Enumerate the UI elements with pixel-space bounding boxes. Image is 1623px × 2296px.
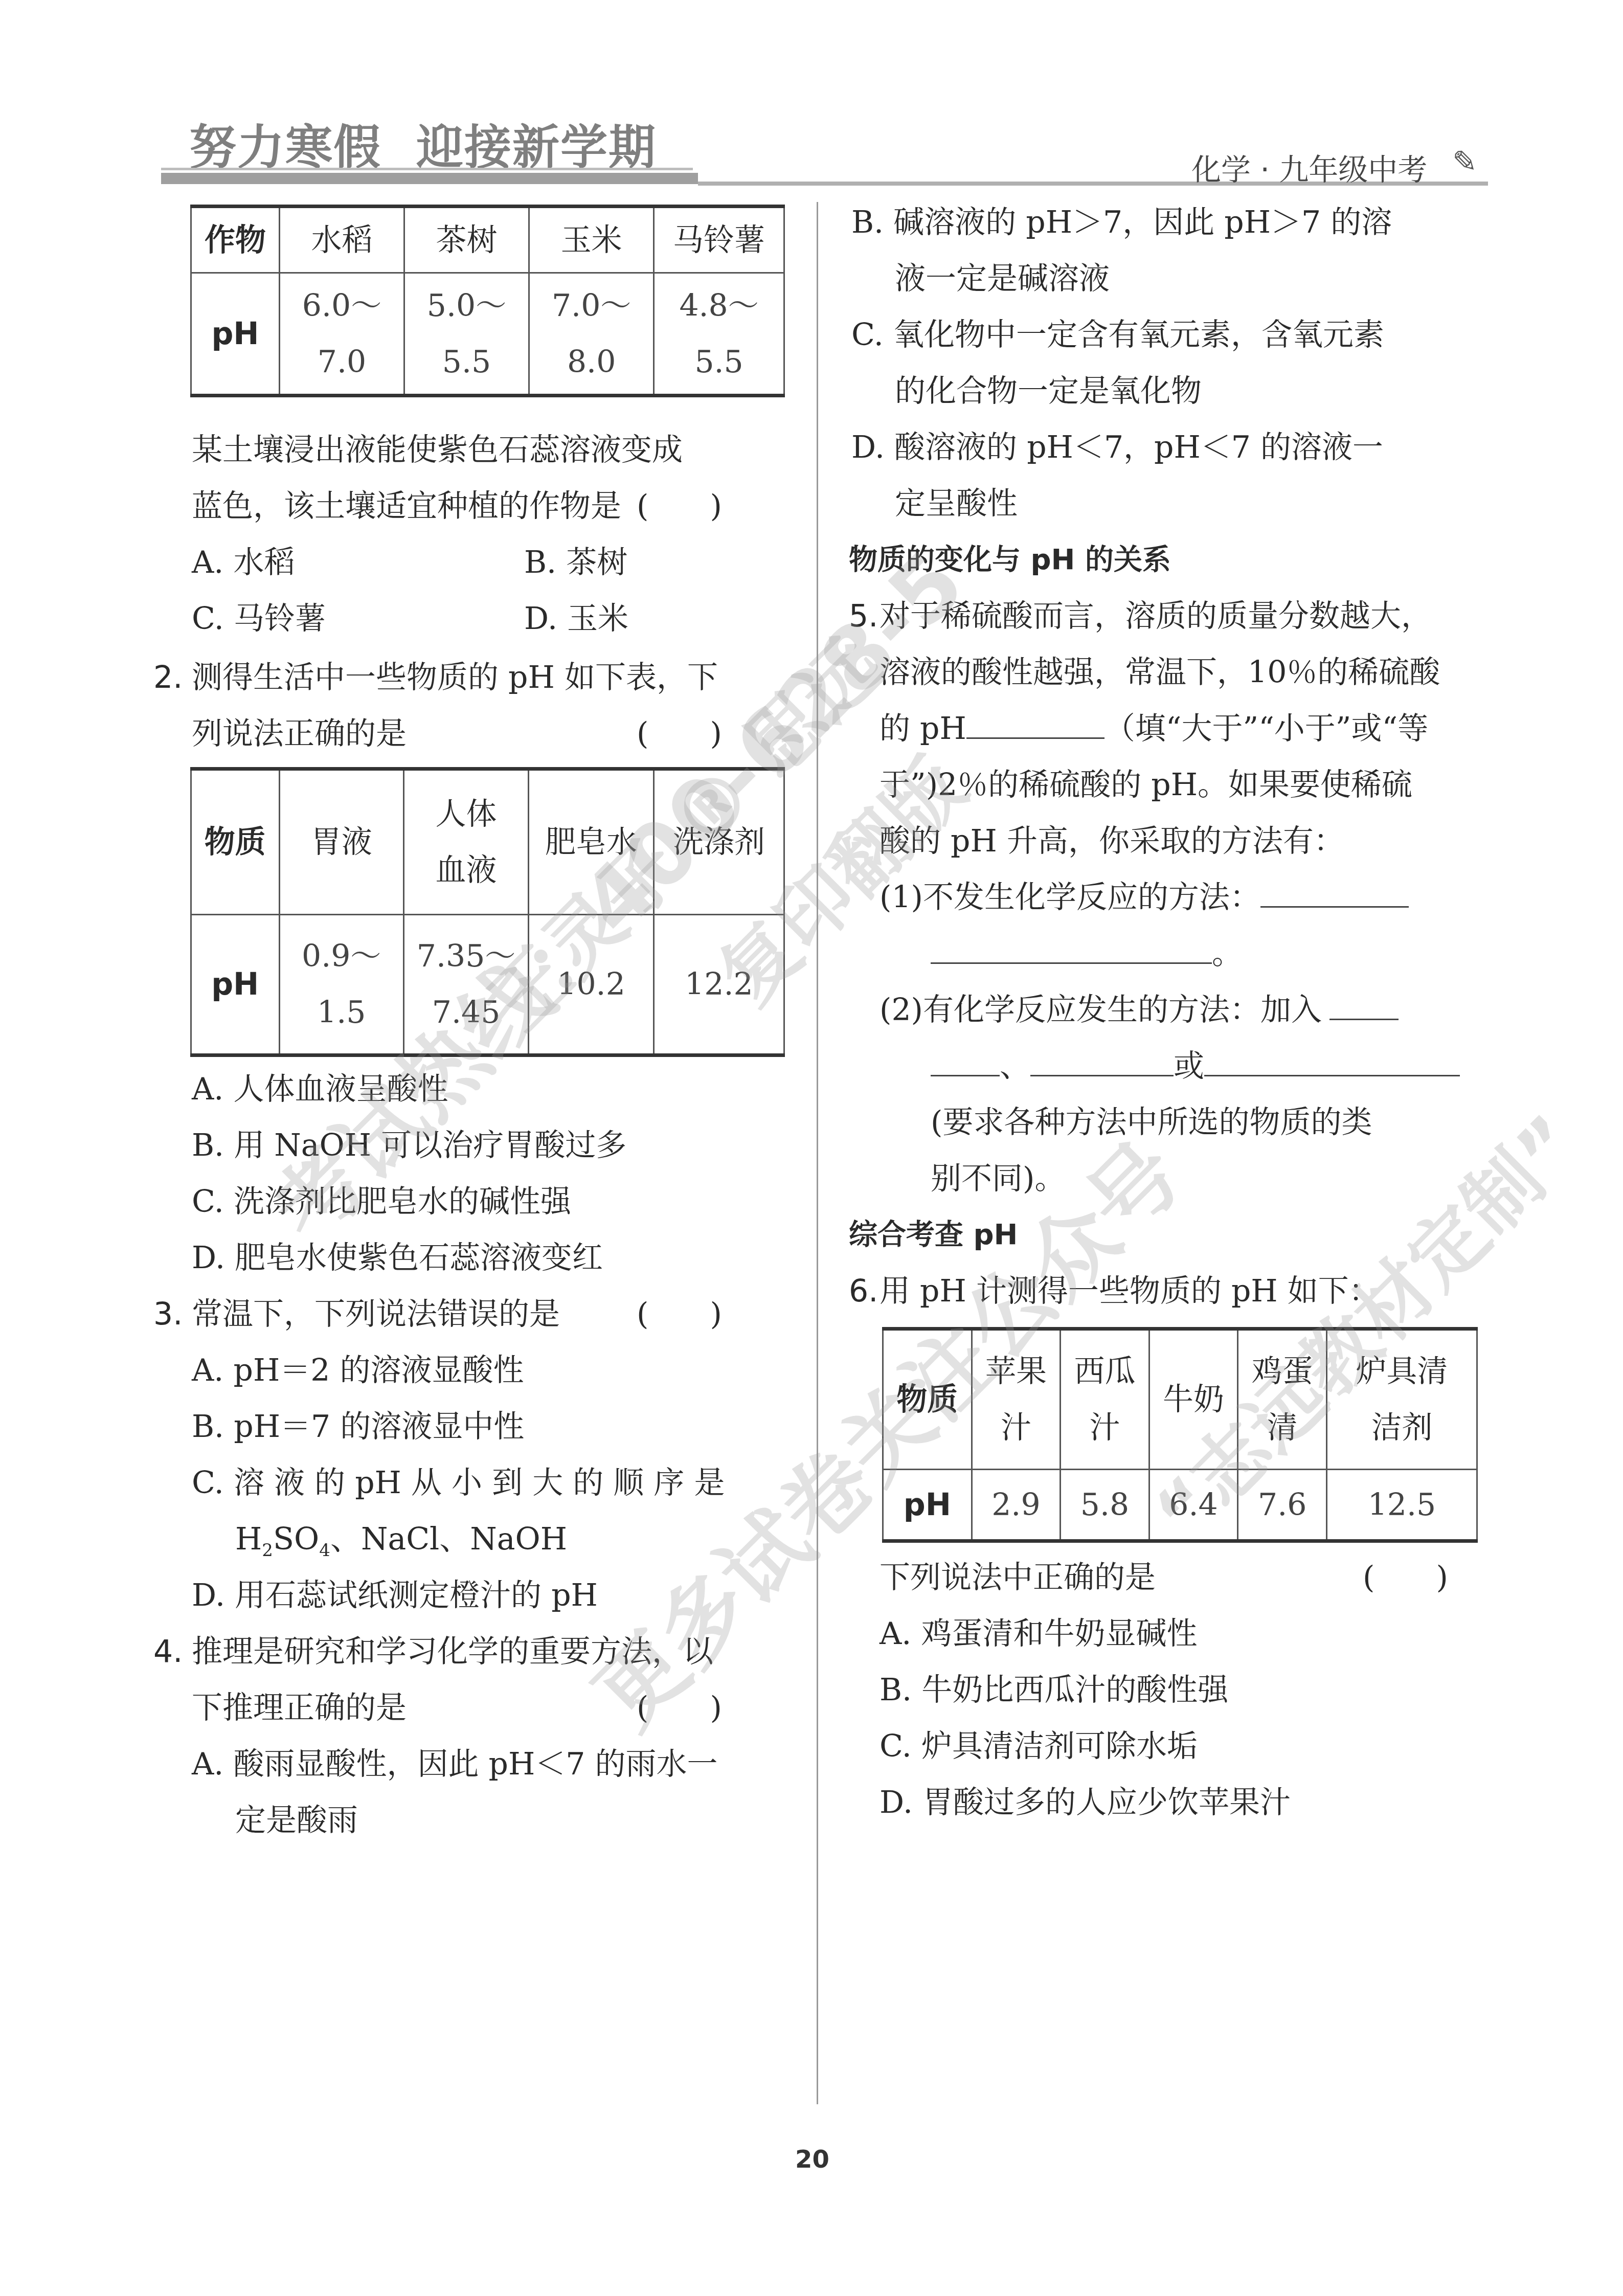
table-cell: 6.4: [1149, 1470, 1238, 1541]
option-a: A. pH＝2 的溶液显酸性: [192, 1342, 524, 1399]
table-header: 物质: [883, 1329, 972, 1470]
table-cell: 7.6: [1238, 1470, 1327, 1541]
question-number: 4.: [153, 1624, 183, 1680]
option-b: B. pH＝7 的溶液显中性: [192, 1399, 524, 1455]
option-c-cont: 的化合物一定是氧化物: [895, 363, 1202, 419]
q5-note: 别不同)。: [931, 1151, 1065, 1207]
table-header: 作物: [191, 207, 280, 273]
q5-text: 溶液的酸性越强，常温下，10％的稀硫酸: [880, 644, 1440, 701]
table-header: 人体血液: [403, 769, 529, 915]
row-label: pH: [883, 1470, 972, 1541]
q5-sub2-cont: 、或: [931, 1038, 1460, 1094]
option-a: A. 酸雨显酸性，因此 pH＜7 的雨水一: [192, 1736, 718, 1792]
answer-blank[interactable]: [931, 932, 1212, 964]
answer-blank[interactable]: [1329, 988, 1399, 1020]
q4-text: 推理是研究和学习化学的重要方法，以: [192, 1624, 713, 1680]
table-header: 炉具清洁剂: [1326, 1329, 1477, 1470]
question-number: 5.: [849, 588, 878, 644]
question-number: 3.: [153, 1286, 183, 1342]
pen-icon: ✎: [1452, 144, 1477, 179]
option-b: B. 牛奶比西瓜汁的酸性强: [880, 1662, 1228, 1718]
substance-ph-table: 物质 胃液 人体血液 肥皂水 洗涤剂 pH 0.9～1.5 7.35～7.45 …: [190, 767, 785, 1057]
option-d: D. 胃酸过多的人应少饮苹果汁: [880, 1774, 1291, 1831]
answer-paren[interactable]: ( ): [637, 1680, 722, 1736]
q5-text: 酸的 pH 升高，你采取的方法有：: [880, 813, 1344, 869]
option-d: D. 用石蕊试纸测定橙汁的 pH: [192, 1567, 598, 1624]
option-a: A. 鸡蛋清和牛奶显碱性: [880, 1606, 1197, 1662]
table-header: 胃液: [279, 769, 403, 915]
table-cell: 7.0～8.0: [529, 273, 654, 396]
answer-paren[interactable]: ( ): [637, 1286, 722, 1342]
subject-label: 化学 · 九年级中考: [1191, 146, 1427, 189]
row-label: pH: [191, 273, 280, 396]
answer-blank[interactable]: [1030, 1044, 1174, 1076]
option-d: D. 玉米: [524, 591, 628, 647]
page-number: 20: [795, 2145, 829, 2174]
q2-text: 测得生活中一些物质的 pH 如下表，下: [192, 649, 718, 706]
option-a: A. 人体血液呈酸性: [192, 1061, 448, 1117]
measured-ph-table: 物质 苹果汁 西瓜汁 牛奶 鸡蛋清 炉具清洁剂 pH 2.9 5.8 6.4 7…: [882, 1327, 1478, 1543]
q6-prompt: 下列说法中正确的是: [880, 1549, 1156, 1606]
q5-text: 于”)2％的稀硫酸的 pH。如果要使稀硫: [880, 757, 1412, 813]
table-cell: 5.8: [1061, 1470, 1149, 1541]
answer-blank[interactable]: [966, 707, 1104, 739]
option-c: C. 炉具清洁剂可除水垢: [880, 1718, 1198, 1774]
q3-stem: 常温下，下列说法错误的是: [192, 1286, 560, 1342]
question-number: 2.: [153, 649, 183, 706]
q5-text: 的 pH（填“大于”“小于”或“等: [880, 701, 1428, 757]
option-c: C. 溶 液 的 pH 从 小 到 大 的 顺 序 是: [192, 1455, 725, 1511]
table-header: 马铃薯: [654, 207, 784, 273]
q1-text: 某土壤浸出液能使紫色石蕊溶液变成: [192, 422, 683, 478]
q5-note: (要求各种方法中所选的物质的类: [931, 1094, 1372, 1151]
q4-text: 下推理正确的是: [192, 1680, 407, 1736]
answer-blank[interactable]: [1260, 875, 1409, 908]
table-header: 肥皂水: [529, 769, 654, 915]
q5-sub2: (2)有化学反应发生的方法：加入: [880, 982, 1399, 1038]
option-c: C. 洗涤剂比肥皂水的碱性强: [192, 1174, 571, 1230]
option-b: B. 茶树: [524, 534, 627, 591]
q1-text: 蓝色，该土壤适宜种植的作物是: [192, 478, 621, 534]
table-cell: 6.0～7.0: [279, 273, 404, 396]
q6-stem: 用 pH 计测得一些物质的 pH 如下：: [880, 1263, 1380, 1319]
option-c: C. 马铃薯: [192, 591, 326, 647]
table-cell: 2.9: [972, 1470, 1061, 1541]
table-cell: 10.2: [529, 915, 654, 1055]
column-divider: [817, 202, 818, 2104]
section-heading: 物质的变化与 pH 的关系: [849, 532, 1171, 588]
q5-sub1: (1)不发生化学反应的方法：: [880, 869, 1409, 926]
table-header: 物质: [191, 769, 280, 915]
table-cell: 7.35～7.45: [403, 915, 529, 1055]
q5-text: 对于稀硫酸而言，溶质的质量分数越大，: [880, 588, 1432, 644]
option-d-cont: 定呈酸性: [895, 476, 1018, 532]
table-header: 西瓜汁: [1061, 1329, 1149, 1470]
section-heading: 综合考查 pH: [849, 1207, 1018, 1263]
table-header: 苹果汁: [972, 1329, 1061, 1470]
question-number: 6.: [849, 1263, 878, 1319]
table-header: 牛奶: [1149, 1329, 1238, 1470]
table-cell: 12.2: [653, 915, 784, 1055]
table-header: 玉米: [529, 207, 654, 273]
option-d: D. 肥皂水使紫色石蕊溶液变红: [192, 1230, 603, 1286]
header-bar-accent: [161, 168, 693, 170]
answer-blank[interactable]: [931, 1044, 1000, 1076]
answer-paren[interactable]: ( ): [637, 478, 722, 534]
table-cell: 0.9～1.5: [279, 915, 403, 1055]
answer-paren[interactable]: ( ): [1363, 1549, 1448, 1606]
table-cell: 12.5: [1326, 1470, 1477, 1541]
answer-paren[interactable]: ( ): [637, 706, 722, 762]
table-header: 鸡蛋清: [1238, 1329, 1327, 1470]
option-b-cont: 液一定是碱溶液: [895, 251, 1110, 307]
row-label: pH: [191, 915, 280, 1055]
table-header: 洗涤剂: [653, 769, 784, 915]
crop-ph-table: 作物 水稻 茶树 玉米 马铃薯 pH 6.0～7.0 5.0～5.5 7.0～8…: [190, 205, 785, 397]
table-cell: 4.8～5.5: [654, 273, 784, 396]
q2-text: 列说法正确的是: [192, 706, 407, 762]
answer-blank[interactable]: [1204, 1044, 1460, 1076]
table-cell: 5.0～5.5: [404, 273, 529, 396]
header-bar-left: [161, 173, 698, 184]
option-a-cont: 定是酸雨: [235, 1792, 358, 1849]
table-header: 茶树: [404, 207, 529, 273]
table-header: 水稻: [279, 207, 404, 273]
option-c: C. 氧化物中一定含有氧元素，含氧元素: [851, 307, 1384, 363]
option-b: B. 用 NaOH 可以治疗胃酸过多: [192, 1117, 626, 1174]
option-b: B. 碱溶液的 pH＞7，因此 pH＞7 的溶: [851, 194, 1392, 251]
q5-sub1-cont: 。: [931, 926, 1243, 982]
option-d: D. 酸溶液的 pH＜7，pH＜7 的溶液一: [851, 419, 1383, 476]
option-a: A. 水稻: [192, 534, 295, 591]
